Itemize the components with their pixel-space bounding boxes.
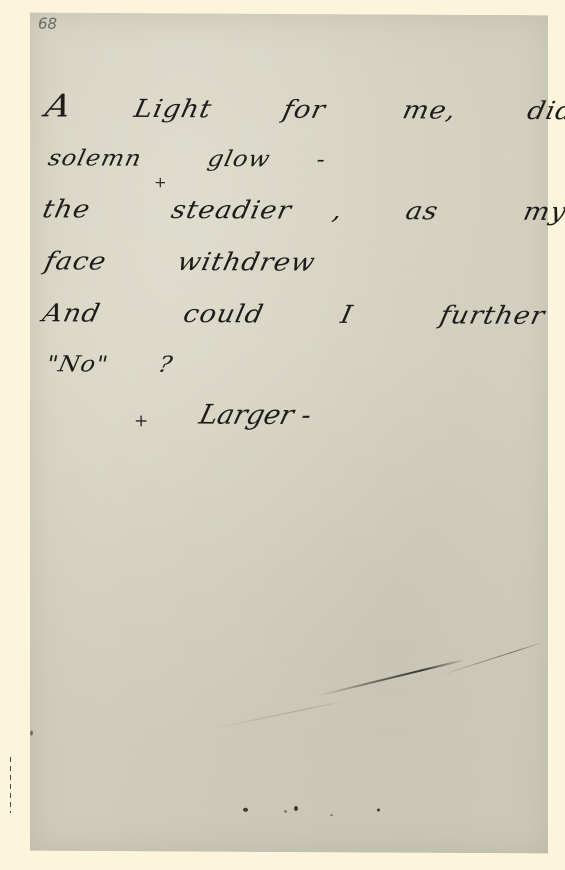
word: could [181, 300, 267, 329]
manuscript-page: 68 A Light for me, did solemn glow - + t… [30, 13, 548, 854]
variant-marker: + [134, 411, 148, 431]
manuscript-line-4: face withdrew [42, 247, 344, 277]
manuscript-line-3: the steadier , as my [40, 195, 565, 226]
paper-crease [320, 659, 466, 696]
margin-dashed-mark [10, 757, 11, 813]
word: my [521, 198, 565, 227]
manuscript-line-2: solemn glow - [46, 145, 355, 172]
word: - [314, 146, 329, 172]
word: "No" [44, 351, 111, 377]
manuscript-line-5: And could I further [40, 299, 565, 330]
word: the [40, 195, 93, 224]
paper-crease-faint [210, 700, 347, 729]
word: And [40, 299, 103, 328]
word: face [42, 247, 109, 276]
paper-speck [294, 806, 298, 811]
word: I [338, 301, 356, 330]
paper-speck [377, 808, 380, 811]
word: for [280, 96, 328, 125]
page-number: 68 [38, 15, 57, 33]
word: steadier [169, 196, 295, 225]
word: solemn [46, 145, 144, 171]
paper-crease [440, 641, 545, 675]
manuscript-line-1: A Light for me, did [42, 88, 565, 128]
word: A [42, 88, 75, 125]
paper-speck [30, 731, 33, 736]
paper-speck [284, 810, 287, 813]
paper-speck [330, 814, 333, 816]
word: withdrew [175, 248, 318, 277]
insertion-mark: + [154, 173, 167, 191]
word: me, [400, 96, 459, 125]
word: as [403, 197, 441, 226]
manuscript-line-6: "No" ? [44, 351, 202, 378]
variant-word: Larger - [196, 400, 315, 432]
word: glow [206, 146, 274, 172]
word: ? [156, 352, 175, 378]
paper-speck [243, 808, 248, 812]
word: Light [132, 95, 215, 124]
word: did [525, 97, 565, 126]
word: further [437, 301, 547, 330]
word: , [330, 197, 346, 226]
